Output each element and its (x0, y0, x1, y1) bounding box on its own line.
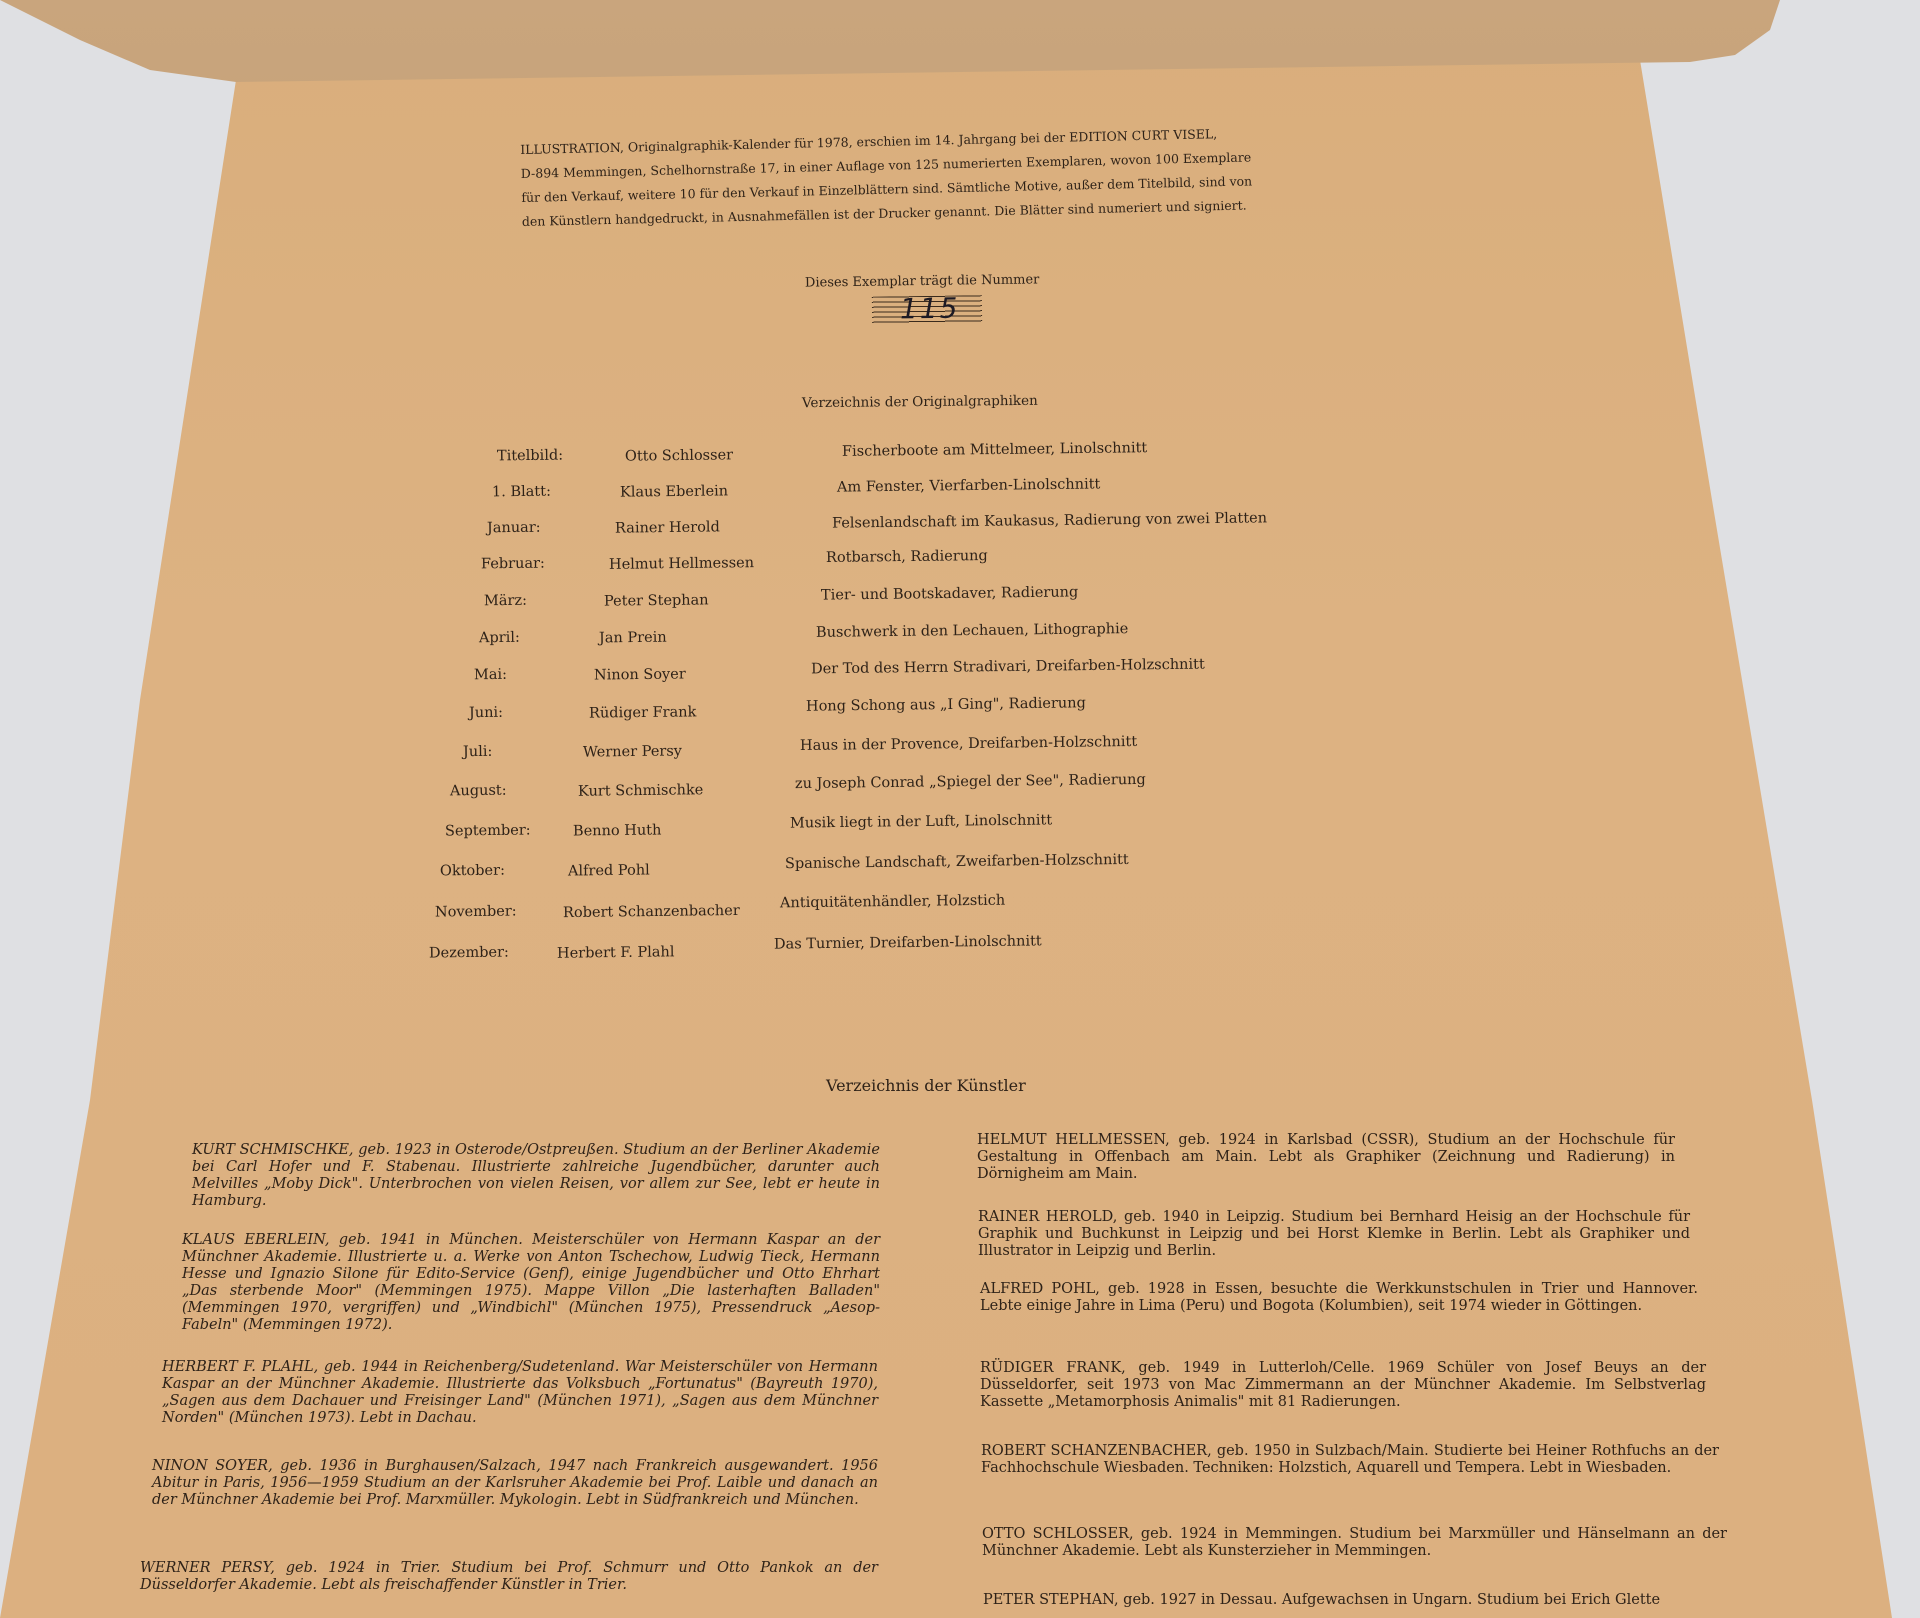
artist-bio: HELMUT HELLMESSEN, geb. 1924 in Karlsbad… (977, 1132, 1675, 1183)
work-slot: November: (434, 904, 516, 921)
work-slot: Mai: (474, 667, 507, 683)
work-artist: Kurt Schmischke (578, 782, 703, 800)
work-title: Tier- und Bootskadaver, Radierung (821, 584, 1078, 603)
handwritten-copy-number: 115 (900, 292, 960, 326)
work-title: Rotbarsch, Radierung (826, 548, 988, 566)
artist-bio: KLAUS EBERLEIN, geb. 1941 in München. Me… (182, 1232, 880, 1334)
work-slot: Juni: (468, 705, 502, 721)
work-artist: Alfred Pohl (568, 863, 650, 880)
artist-bio: WERNER PERSY, geb. 1924 in Trier. Studiu… (140, 1560, 878, 1594)
work-artist: Helmut Hellmessen (609, 555, 754, 573)
work-title: Hong Schong aus „I Ging", Radierung (806, 695, 1086, 714)
work-artist: Robert Schanzenbacher (563, 903, 740, 921)
artist-bio: ALFRED POHL, geb. 1928 in Essen, besucht… (980, 1281, 1698, 1315)
work-artist: Otto Schlosser (625, 447, 733, 464)
work-artist: Benno Huth (573, 822, 662, 839)
work-title: Musik liegt in der Luft, Linolschnitt (790, 812, 1052, 831)
work-artist: Rainer Herold (614, 519, 719, 536)
copy-number-field: 115 (872, 295, 982, 325)
work-slot: Oktober: (440, 863, 505, 880)
work-artist: Rüdiger Frank (589, 704, 697, 721)
artist-bio: RÜDIGER FRANK, geb. 1949 in Lutterloh/Ce… (980, 1360, 1706, 1411)
works-list-heading: Verzeichnis der Originalgraphiken (802, 393, 1038, 411)
work-artist: Herbert F. Plahl (557, 944, 675, 961)
work-title: Das Turnier, Dreifarben-Linolschnitt (774, 933, 1042, 952)
work-slot: August: (450, 783, 507, 800)
work-title: Am Fenster, Vierfarben-Linolschnitt (837, 476, 1101, 495)
artist-bio: PETER STEPHAN, geb. 1927 in Dessau. Aufg… (983, 1592, 1735, 1609)
work-slot: September: (445, 822, 531, 839)
work-artist: Klaus Eberlein (620, 483, 728, 500)
work-artist: Peter Stephan (604, 592, 709, 609)
work-slot: Titelbild: (497, 448, 563, 465)
work-title: Buschwerk in den Lechauen, Lithographie (816, 621, 1128, 641)
artist-bio: NINON SOYER, geb. 1936 in Burghausen/Sal… (152, 1458, 878, 1509)
colophon: ILLUSTRATION, Originalgraphik-Kalender f… (520, 119, 1352, 234)
work-slot: Februar: (481, 556, 545, 573)
work-slot: April: (479, 630, 520, 646)
work-slot: Januar: (486, 520, 540, 537)
artist-bio: ROBERT SCHANZENBACHER, geb. 1950 in Sulz… (981, 1443, 1719, 1477)
artist-bio: OTTO SCHLOSSER, geb. 1924 in Memmingen. … (982, 1526, 1727, 1560)
work-slot: Juli: (463, 744, 493, 760)
work-artist: Ninon Soyer (594, 666, 686, 683)
artist-bio: RAINER HEROLD, geb. 1940 in Leipzig. Stu… (978, 1209, 1690, 1260)
artists-heading: Verzeichnis der Künstler (826, 1076, 1026, 1095)
work-title: Antiquitätenhändler, Holzstich (780, 893, 1005, 912)
work-artist: Jan Prein (599, 630, 667, 647)
work-slot: 1. Blatt: (492, 484, 551, 501)
work-slot: Dezember: (429, 945, 509, 962)
work-slot: März: (484, 593, 527, 610)
work-artist: Werner Persy (583, 743, 682, 760)
artist-bio: HERBERT F. PLAHL, geb. 1944 in Reichenbe… (162, 1359, 878, 1427)
artist-bio: KURT SCHMISCHKE, geb. 1923 in Osterode/O… (192, 1142, 880, 1210)
